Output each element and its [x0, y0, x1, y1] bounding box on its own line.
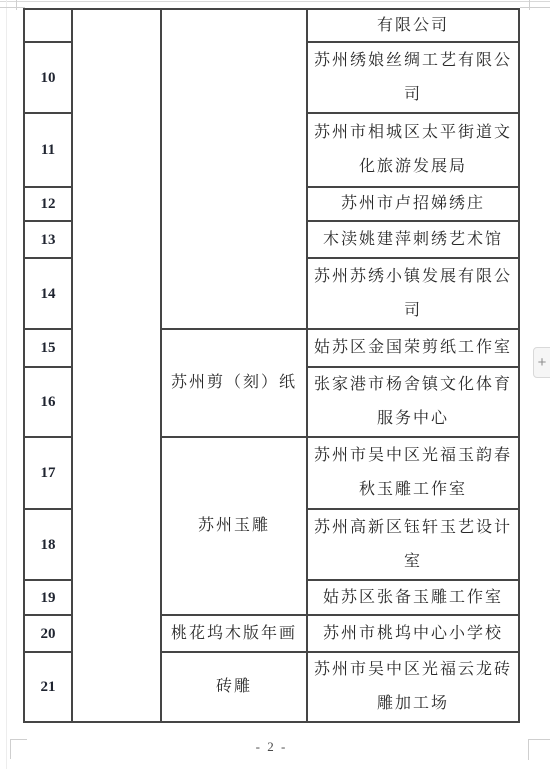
heritage-table: 10 11 12 13 14 15 16 17 18 19 20 21 苏州剪（… [23, 8, 520, 723]
crop-mark-top-right-h [520, 7, 550, 8]
document-page: { "document": { "page_number_label": "- … [0, 0, 550, 769]
entry-cell: 苏州市相城区太平街道文化旅游发展局 [308, 114, 518, 188]
serial-cell: 12 [25, 188, 73, 222]
serial-cell: 20 [25, 616, 73, 653]
category-cell: 苏州玉雕 [162, 438, 308, 616]
serial-cell: 17 [25, 438, 73, 510]
category-cell: 砖雕 [162, 653, 308, 721]
entry-cell: 苏州高新区钰轩玉艺设计室 [308, 510, 518, 581]
entry-cell: 苏州绣娘丝绸工艺有限公司 [308, 43, 518, 114]
serial-cell: 16 [25, 368, 73, 438]
category-cell: 桃花坞木版年画 [162, 616, 308, 653]
category-cell [162, 10, 308, 330]
page-number: - 2 - [0, 739, 543, 755]
plus-icon: + [538, 354, 547, 371]
serial-cell: 15 [25, 330, 73, 368]
page-top-edge [0, 1, 550, 2]
expand-sidebar-button[interactable]: + [533, 347, 550, 378]
serial-cell: 10 [25, 43, 73, 114]
entry-cell: 姑苏区张备玉雕工作室 [308, 581, 518, 616]
serial-cell: 14 [25, 259, 73, 330]
entry-cell: 苏州市吴中区光福云龙砖雕加工场 [308, 653, 518, 721]
crop-mark-top-right-v [529, 0, 530, 10]
entry-cell: 苏州市卢招娣绣庄 [308, 188, 518, 222]
category-cell: 苏州剪（刻）纸 [162, 330, 308, 438]
page-left-edge [6, 0, 7, 769]
serial-cell: 21 [25, 653, 73, 721]
serial-cell: 19 [25, 581, 73, 616]
serial-cell: 13 [25, 222, 73, 259]
category-group-cell [73, 10, 162, 721]
entry-cell: 有限公司 [308, 10, 518, 43]
entry-cell: 张家港市杨舍镇文化体育服务中心 [308, 368, 518, 438]
entry-cell: 苏州苏绣小镇发展有限公司 [308, 259, 518, 330]
serial-cell [25, 10, 73, 43]
entry-cell: 木渎姚建萍刺绣艺术馆 [308, 222, 518, 259]
entry-cell: 姑苏区金国荣剪纸工作室 [308, 330, 518, 368]
entry-cell: 苏州市桃坞中心小学校 [308, 616, 518, 653]
serial-cell: 18 [25, 510, 73, 581]
entry-cell: 苏州市吴中区光福玉韵春秋玉雕工作室 [308, 438, 518, 510]
serial-cell: 11 [25, 114, 73, 188]
crop-mark-top-left-v [16, 0, 17, 10]
crop-mark-top-left-h [0, 7, 25, 8]
